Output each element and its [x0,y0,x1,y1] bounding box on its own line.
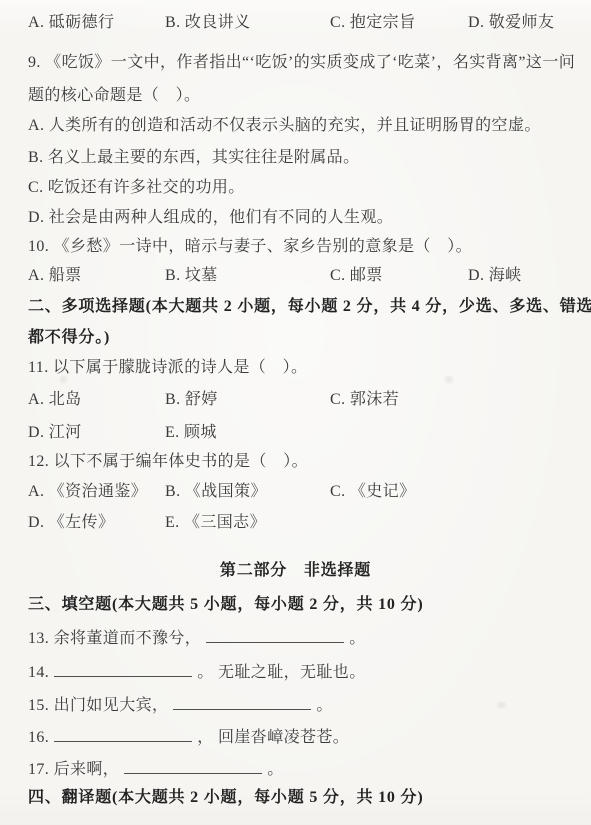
q14-suffix: 。 无耻之耻，无耻也。 [197,664,365,681]
scan-artifact-dot [60,376,67,383]
q11-option-e: E. 顾城 [165,422,217,444]
question-9-option-a: A. 人类所有的创造和活动不仅表示头脑的充实，并且证明肠胃的空虚。 [28,115,577,137]
q13-suffix: 。 [349,630,365,647]
q12-option-a: A. 《资治通鉴》 [28,481,147,503]
question-14: 14.。 无耻之耻，无耻也。 [28,662,577,684]
q16-suffix: ， 回崖沓嶂凌苍苍。 [197,729,349,746]
question-16: 16.， 回崖沓嶂凌苍苍。 [28,727,577,749]
q12-option-d: D. 《左传》 [28,512,114,534]
q10-option-c: C. 邮票 [330,265,383,287]
question-15: 15. 出门如见大宾，。 [28,695,577,717]
question-9-option-c: C. 吃饭还有许多社交的功用。 [28,177,577,199]
q13-blank-line [206,628,344,643]
question-9-option-d: D. 社会是由两种人组成的，他们有不同的人生观。 [28,207,577,229]
q11-option-d: D. 江河 [28,422,82,444]
q14-prefix: 14. [28,664,49,681]
prev-option-b: B. 改良讲义 [165,12,250,34]
q10-option-a: A. 船票 [28,265,82,287]
q17-suffix: 。 [267,761,283,778]
question-13: 13. 余将董道而不豫兮，。 [28,628,577,650]
question-10-stem: 10. 《乡愁》一诗中，暗示与妻子、家乡告别的意象是（ ）。 [28,236,577,258]
q11-option-c: C. 郭沫若 [330,389,399,411]
q12-option-e: E. 《三国志》 [165,512,266,534]
prev-option-c: C. 抱定宗旨 [330,12,415,34]
scan-artifact-dot [497,702,506,708]
q11-option-a: A. 北岛 [28,389,82,411]
q16-blank-line [54,727,192,742]
q12-option-c: C. 《史记》 [330,481,415,503]
q14-blank-line [54,662,192,677]
section-3-heading: 三、填空题(本大题共 5 小题，每小题 2 分，共 10 分) [28,594,577,616]
question-11-stem: 11. 以下属于朦胧诗派的诗人是（ ）。 [28,357,577,379]
question-9-stem-line1: 9. 《吃饭》一文中，作者指出“‘吃饭’的实质变成了‘吃菜’，名实背离”这一问 [28,52,577,74]
q11-option-b: B. 舒婷 [165,389,218,411]
prev-option-a: A. 砥砺德行 [28,12,114,34]
section-2-heading-line1: 二、多项选择题(本大题共 2 小题，每小题 2 分，共 4 分，少选、多选、错选 [28,296,577,318]
scan-artifact-dot [445,376,453,383]
section-2-heading-line2: 都不得分。) [28,327,577,349]
question-9-option-b: B. 名义上最主要的东西，其实往往是附属品。 [28,147,577,169]
q13-prefix: 13. 余将董道而不豫兮， [28,630,201,647]
q15-suffix: 。 [316,697,332,714]
question-9-stem-line2: 题的核心命题是（ ）。 [28,85,577,107]
section-4-heading: 四、翻译题(本大题共 2 小题，每小题 5 分，共 10 分) [28,787,577,809]
q17-prefix: 17. 后来啊， [28,761,119,778]
q12-option-b: B. 《战国策》 [165,481,267,503]
q15-blank-line [173,695,311,710]
q16-prefix: 16. [28,729,49,746]
question-12-stem: 12. 以下不属于编年体史书的是（ ）。 [28,451,577,473]
prev-option-d: D. 敬爱师友 [468,12,554,34]
q15-prefix: 15. 出门如见大宾， [28,697,168,714]
exam-paper-page: A. 砥砺德行 B. 改良讲义 C. 抱定宗旨 D. 敬爱师友 9. 《吃饭》一… [0,0,591,825]
part-2-heading: 第二部分 非选择题 [0,560,591,582]
q10-option-d: D. 海峡 [468,265,522,287]
q17-blank-line [124,759,262,774]
question-17: 17. 后来啊，。 [28,759,577,781]
q10-option-b: B. 坟墓 [165,265,218,287]
